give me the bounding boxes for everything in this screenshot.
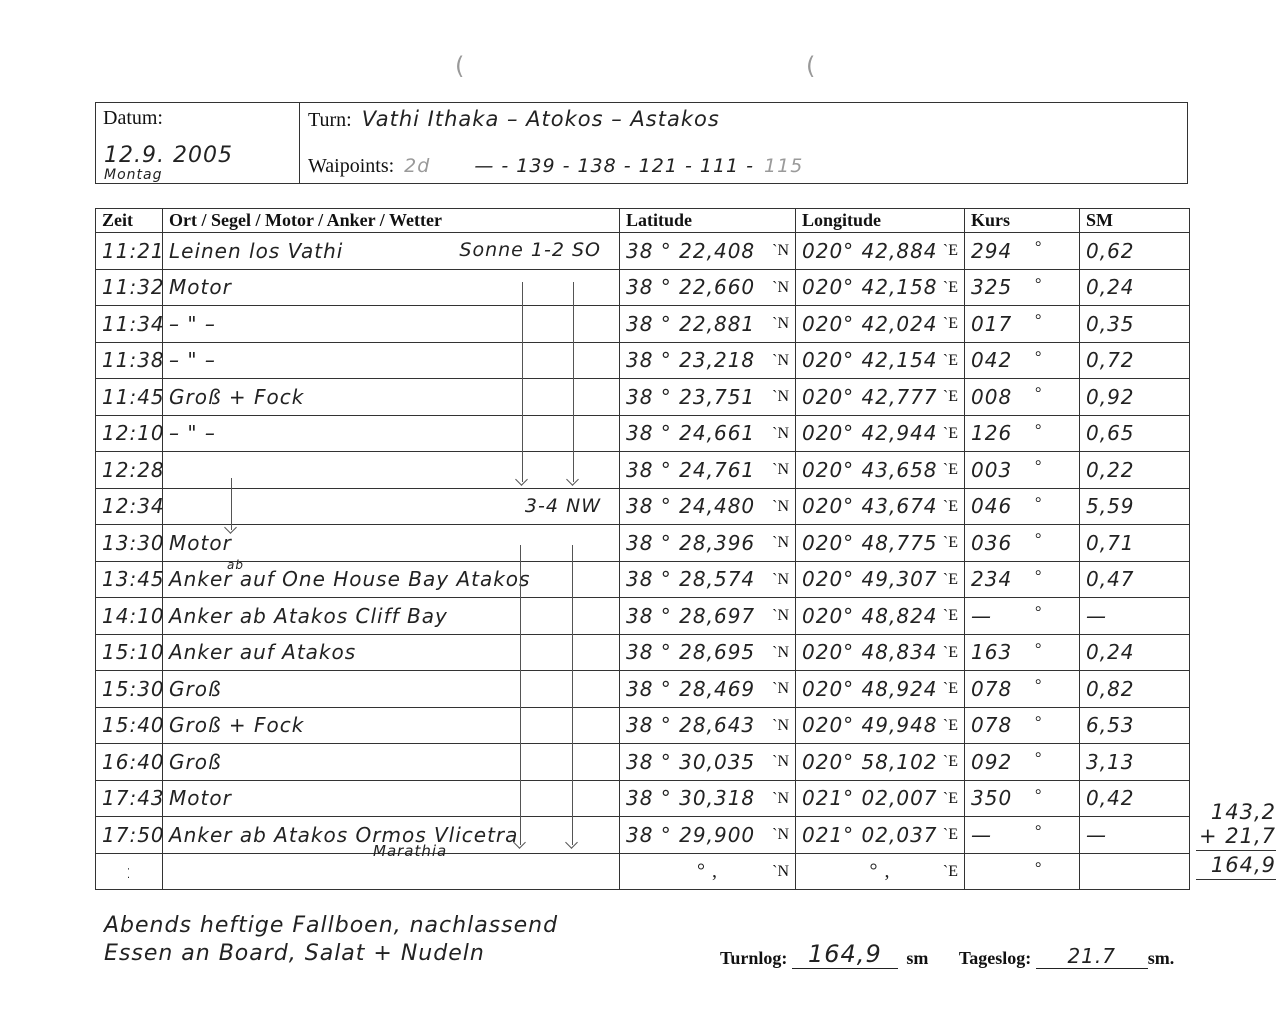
- cell-kurs[interactable]: °: [965, 853, 1080, 890]
- ort-text: Groß + Fock: [169, 385, 304, 409]
- cell-latitude[interactable]: 38 ° 23,218`N: [620, 342, 796, 379]
- cell-kurs[interactable]: 046°: [965, 488, 1080, 525]
- cell-kurs[interactable]: 003°: [965, 452, 1080, 489]
- cell-sm[interactable]: 0,22: [1080, 452, 1190, 489]
- lon-value: 020° 42,944: [802, 421, 938, 445]
- cell-sm[interactable]: 0,35: [1080, 306, 1190, 343]
- degree-symbol: °: [1035, 531, 1042, 549]
- turn-value[interactable]: Vathi Ithaka – Atokos – Astakos: [362, 107, 720, 131]
- cell-latitude[interactable]: 38 ° 28,469`N: [620, 671, 796, 708]
- lon-value: 020° 42,884: [802, 239, 938, 263]
- cell-longitude[interactable]: 020° 48,924`E: [796, 671, 965, 708]
- lon-value: 020° 48,924: [802, 677, 938, 701]
- table-row: 15:40Groß + Fock38 ° 28,643`N020° 49,948…: [96, 707, 1190, 744]
- lat-value: 38 ° 28,574: [626, 567, 755, 591]
- col-zeit: Zeit: [96, 209, 163, 233]
- lon-hemisphere: `E: [943, 425, 958, 443]
- cell-ort[interactable]: Groß: [163, 671, 620, 708]
- cell-zeit[interactable]: 14:10: [96, 598, 163, 635]
- kurs-value: 350: [971, 786, 1012, 810]
- cell-ort[interactable]: Motor: [163, 269, 620, 306]
- cell-latitude[interactable]: 38 ° 22,408`N: [620, 233, 796, 270]
- lat-hemisphere: `N: [772, 425, 789, 443]
- cell-kurs[interactable]: 042°: [965, 342, 1080, 379]
- kurs-value: 078: [971, 713, 1012, 737]
- cell-ort[interactable]: Anker ab Atakos Cliff Bay: [163, 598, 620, 635]
- sum-underline: [1196, 879, 1276, 880]
- cell-kurs[interactable]: 008°: [965, 379, 1080, 416]
- waypoints-faint-start: 2d: [404, 155, 430, 177]
- cell-longitude[interactable]: 021° 02,037`E: [796, 817, 965, 854]
- turn-label: Turn:: [308, 109, 352, 131]
- col-kurs: Kurs: [965, 209, 1080, 233]
- degree-symbol: °: [1035, 823, 1042, 841]
- kurs-value: 092: [971, 750, 1012, 774]
- lat-hemisphere: `N: [772, 680, 789, 698]
- cell-zeit[interactable]: 13:45: [96, 561, 163, 598]
- turnlog-unit: sm: [906, 948, 928, 968]
- col-longitude: Longitude: [796, 209, 965, 233]
- lat-value: 38 ° 28,695: [626, 640, 755, 664]
- cell-latitude[interactable]: 38 ° 28,695`N: [620, 634, 796, 671]
- cell-zeit[interactable]: 12:10: [96, 415, 163, 452]
- lon-value: 020° 49,307: [802, 567, 938, 591]
- col-latitude: Latitude: [620, 209, 796, 233]
- datum-cell: Datum: 12.9. 2005 Montag: [96, 103, 300, 183]
- cell-longitude[interactable]: 020° 48,834`E: [796, 634, 965, 671]
- kurs-value: 042: [971, 348, 1012, 372]
- wetter-note: Sonne 1-2 SO: [459, 239, 601, 261]
- lat-hemisphere: `N: [772, 826, 789, 844]
- lon-value: 020° 42,777: [802, 385, 938, 409]
- lat-hemisphere: `N: [772, 790, 789, 808]
- ort-correction: ab: [227, 558, 244, 572]
- col-ort: Ort / Segel / Motor / Anker / Wetter: [163, 209, 620, 233]
- cell-zeit[interactable]: 11:45: [96, 379, 163, 416]
- cell-longitude[interactable]: 020° 43,658`E: [796, 452, 965, 489]
- degree-symbol: °: [1035, 787, 1042, 805]
- cell-sm[interactable]: 0,24: [1080, 269, 1190, 306]
- ort-text: Leinen los Vathi: [169, 239, 343, 263]
- cell-ort[interactable]: Groß + Fock: [163, 379, 620, 416]
- kurs-value: 325: [971, 275, 1012, 299]
- kurs-value: 126: [971, 421, 1012, 445]
- lon-hemisphere: `E: [943, 388, 958, 406]
- cell-zeit[interactable]: :: [96, 853, 163, 890]
- cell-zeit[interactable]: 15:40: [96, 707, 163, 744]
- cell-ort[interactable]: – " –: [163, 306, 620, 343]
- cell-longitude[interactable]: 020° 42,158`E: [796, 269, 965, 306]
- remarks[interactable]: Abends heftige Fallboen, nachlassend Ess…: [104, 912, 558, 968]
- degree-symbol: °: [1035, 641, 1042, 659]
- cell-zeit[interactable]: 17:43: [96, 780, 163, 817]
- cell-zeit[interactable]: 11:34: [96, 306, 163, 343]
- degree-symbol: °: [1035, 860, 1042, 878]
- lon-hemisphere: `E: [943, 352, 958, 370]
- date-value[interactable]: 12.9. 2005: [104, 143, 233, 168]
- degree-symbol: °: [1035, 604, 1042, 622]
- cell-ort[interactable]: Anker ab Atakos Ormos VlicetraMarathia: [163, 817, 620, 854]
- cell-kurs[interactable]: 234°: [965, 561, 1080, 598]
- degree-symbol: °: [1035, 385, 1042, 403]
- kurs-value: —: [971, 823, 992, 847]
- lat-hemisphere: `N: [772, 534, 789, 552]
- lat-hemisphere: `N: [772, 644, 789, 662]
- table-row: :° ,`N° ,`E°: [96, 853, 1190, 890]
- lat-value: 38 ° 22,881: [626, 312, 755, 336]
- table-row: 12:343-4 NW38 ° 24,480`N020° 43,674`E046…: [96, 488, 1190, 525]
- cell-latitude[interactable]: 38 ° 24,661`N: [620, 415, 796, 452]
- kurs-value: 163: [971, 640, 1012, 664]
- sum-total: 164,9: [1196, 853, 1276, 877]
- table-row: 15:30Groß38 ° 28,469`N020° 48,924`E078°0…: [96, 671, 1190, 708]
- waypoints-value[interactable]: — - 139 - 138 - 121 - 111 -: [474, 155, 754, 177]
- kurs-value: 294: [971, 239, 1012, 263]
- waypoints-faint-end: 115: [764, 155, 803, 177]
- cell-ort[interactable]: [163, 853, 620, 890]
- lon-hemisphere: `E: [943, 680, 958, 698]
- degree-symbol: °: [1035, 750, 1042, 768]
- degree-symbol: °: [1035, 312, 1042, 330]
- ort-text: Anker ab Atakos Cliff Bay: [169, 604, 448, 628]
- table-row: 11:32Motor38 ° 22,660`N020° 42,158`E325°…: [96, 269, 1190, 306]
- ort-text: Anker ab Atakos Ormos Vlicetra: [169, 823, 518, 847]
- tageslog-unit: sm.: [1148, 948, 1175, 968]
- lon-hemisphere: `E: [943, 534, 958, 552]
- lon-value: 020° 42,154: [802, 348, 938, 372]
- lat-value: 38 ° 24,761: [626, 458, 755, 482]
- cell-kurs[interactable]: 078°: [965, 707, 1080, 744]
- lat-hemisphere: `N: [772, 753, 789, 771]
- cell-kurs[interactable]: —°: [965, 817, 1080, 854]
- cell-ort[interactable]: Groß + Fock: [163, 707, 620, 744]
- tageslog-label: Tageslog:: [959, 948, 1031, 968]
- cell-longitude[interactable]: 020° 48,775`E: [796, 525, 965, 562]
- table-row: 11:34– " –38 ° 22,881`N020° 42,024`E017°…: [96, 306, 1190, 343]
- kurs-value: 017: [971, 312, 1012, 336]
- tageslog-field[interactable]: 21.7: [1036, 944, 1148, 969]
- turnlog-label: Turnlog:: [720, 948, 787, 968]
- ort-text: – " –: [169, 312, 216, 336]
- wind-arrow-icon: [572, 545, 573, 845]
- table-row: 17:43Motor38 ° 30,318`N021° 02,007`E350°…: [96, 780, 1190, 817]
- cell-latitude[interactable]: 38 ° 30,035`N: [620, 744, 796, 781]
- table-row: 13:30Motor38 ° 28,396`N020° 48,775`E036°…: [96, 525, 1190, 562]
- degree-symbol: °: [1035, 677, 1042, 695]
- wind-arrow-icon: [573, 282, 574, 482]
- cell-latitude[interactable]: 38 ° 30,318`N: [620, 780, 796, 817]
- ort-text: Motor: [169, 786, 232, 810]
- lon-hemisphere: `E: [943, 242, 958, 260]
- datum-label: Datum:: [103, 107, 163, 130]
- cell-kurs[interactable]: 350°: [965, 780, 1080, 817]
- lat-value: 38 ° 28,469: [626, 677, 755, 701]
- lat-hemisphere: `N: [772, 461, 789, 479]
- degree-symbol: °: [1035, 349, 1042, 367]
- degree-symbol: °: [1035, 714, 1042, 732]
- lon-hemisphere: `E: [943, 753, 958, 771]
- degree-symbol: °: [1035, 568, 1042, 586]
- cell-zeit[interactable]: 16:40: [96, 744, 163, 781]
- lon-value: 021° 02,037: [802, 823, 938, 847]
- cell-latitude[interactable]: ° ,`N: [620, 853, 796, 890]
- cell-ort[interactable]: Motor: [163, 780, 620, 817]
- table-row: 12:2838 ° 24,761`N020° 43,658`E003°0,22: [96, 452, 1190, 489]
- cell-latitude[interactable]: 38 ° 24,480`N: [620, 488, 796, 525]
- lat-value: ° ,: [697, 860, 718, 882]
- table-header-row: Zeit Ort / Segel / Motor / Anker / Wette…: [96, 209, 1190, 233]
- wind-arrow-icon: [522, 282, 523, 482]
- scan-mark-right: (: [806, 52, 815, 80]
- lon-value: 020° 42,158: [802, 275, 938, 299]
- log-totals: Turnlog: 164,9 sm Tageslog: 21.7sm.: [720, 940, 1174, 969]
- lat-hemisphere: `N: [772, 498, 789, 516]
- cell-latitude[interactable]: 38 ° 28,697`N: [620, 598, 796, 635]
- cell-latitude[interactable]: 38 ° 28,396`N: [620, 525, 796, 562]
- cell-longitude[interactable]: 020° 43,674`E: [796, 488, 965, 525]
- lat-value: 38 ° 28,697: [626, 604, 755, 628]
- sail-arrow-icon: [231, 478, 232, 530]
- cell-sm[interactable]: 0,82: [1080, 671, 1190, 708]
- cell-ort[interactable]: Groß: [163, 744, 620, 781]
- lat-hemisphere: `N: [772, 388, 789, 406]
- cell-longitude[interactable]: 020° 42,154`E: [796, 342, 965, 379]
- lon-hemisphere: `E: [943, 863, 958, 881]
- table-row: 15:10Anker auf Atakos38 ° 28,695`N020° 4…: [96, 634, 1190, 671]
- cell-longitude[interactable]: 021° 02,007`E: [796, 780, 965, 817]
- lon-value: 020° 58,102: [802, 750, 938, 774]
- lat-value: 38 ° 28,643: [626, 713, 755, 737]
- cell-kurs[interactable]: 092°: [965, 744, 1080, 781]
- waypoints-label: Waipoints:: [308, 155, 394, 177]
- degree-symbol: °: [1035, 276, 1042, 294]
- cell-zeit[interactable]: 11:38: [96, 342, 163, 379]
- lat-value: 38 ° 23,218: [626, 348, 755, 372]
- ort-text: Groß: [169, 750, 222, 774]
- cell-kurs[interactable]: 017°: [965, 306, 1080, 343]
- cell-zeit[interactable]: 12:28: [96, 452, 163, 489]
- lon-value: 020° 48,834: [802, 640, 938, 664]
- cell-ort[interactable]: – " –: [163, 342, 620, 379]
- weekday-value[interactable]: Montag: [104, 167, 162, 183]
- table-row: 14:10Anker ab Atakos Cliff Bay38 ° 28,69…: [96, 598, 1190, 635]
- cell-ort[interactable]: Anker auf Atakos: [163, 634, 620, 671]
- lat-value: 38 ° 30,035: [626, 750, 755, 774]
- lat-value: 38 ° 22,660: [626, 275, 755, 299]
- cell-sm[interactable]: 0,72: [1080, 342, 1190, 379]
- cell-ort[interactable]: Anker auf One House Bay Atakosab: [163, 561, 620, 598]
- lon-value: 020° 48,775: [802, 531, 938, 555]
- cell-sm[interactable]: 5,59: [1080, 488, 1190, 525]
- cell-ort[interactable]: Leinen los VathiSonne 1-2 SO: [163, 233, 620, 270]
- remarks-line-2: Essen an Board, Salat + Nudeln: [104, 940, 558, 968]
- lon-value: 021° 02,007: [802, 786, 938, 810]
- sum-a: 143,2: [1196, 800, 1276, 824]
- kurs-value: —: [971, 604, 992, 628]
- cell-kurs[interactable]: 126°: [965, 415, 1080, 452]
- lon-hemisphere: `E: [943, 498, 958, 516]
- degree-symbol: °: [1035, 495, 1042, 513]
- cell-latitude[interactable]: 38 ° 29,900`N: [620, 817, 796, 854]
- cell-kurs[interactable]: 325°: [965, 269, 1080, 306]
- lon-hemisphere: `E: [943, 279, 958, 297]
- degree-symbol: °: [1035, 239, 1042, 257]
- lat-value: 38 ° 22,408: [626, 239, 755, 263]
- cell-latitude[interactable]: 38 ° 28,643`N: [620, 707, 796, 744]
- sum-divider: [1196, 850, 1276, 851]
- cell-zeit[interactable]: 13:30: [96, 525, 163, 562]
- degree-symbol: °: [1035, 422, 1042, 440]
- lat-hemisphere: `N: [772, 717, 789, 735]
- cell-sm[interactable]: [1080, 853, 1190, 890]
- lon-value: 020° 43,658: [802, 458, 938, 482]
- kurs-value: 003: [971, 458, 1012, 482]
- kurs-value: 008: [971, 385, 1012, 409]
- kurs-value: 234: [971, 567, 1012, 591]
- lat-value: 38 ° 30,318: [626, 786, 755, 810]
- lon-value: ° ,: [870, 860, 891, 882]
- lat-hemisphere: `N: [772, 352, 789, 370]
- cell-sm[interactable]: 0,71: [1080, 525, 1190, 562]
- lon-hemisphere: `E: [943, 315, 958, 333]
- ort-text: Groß + Fock: [169, 713, 304, 737]
- table-row: 11:21Leinen los VathiSonne 1-2 SO38 ° 22…: [96, 233, 1190, 270]
- lat-hemisphere: `N: [772, 279, 789, 297]
- cell-longitude[interactable]: 020° 42,024`E: [796, 306, 965, 343]
- lon-value: 020° 48,824: [802, 604, 938, 628]
- lon-value: 020° 42,024: [802, 312, 938, 336]
- cell-longitude[interactable]: 020° 42,884`E: [796, 233, 965, 270]
- lon-hemisphere: `E: [943, 790, 958, 808]
- cell-latitude[interactable]: 38 ° 24,761`N: [620, 452, 796, 489]
- cell-sm[interactable]: —: [1080, 817, 1190, 854]
- kurs-value: 036: [971, 531, 1012, 555]
- lat-value: 38 ° 24,480: [626, 494, 755, 518]
- kurs-value: 046: [971, 494, 1012, 518]
- cell-sm[interactable]: 0,47: [1080, 561, 1190, 598]
- cell-longitude[interactable]: 020° 58,102`E: [796, 744, 965, 781]
- ort-text: Anker auf Atakos: [169, 640, 356, 664]
- lon-hemisphere: `E: [943, 717, 958, 735]
- cell-zeit[interactable]: 12:34: [96, 488, 163, 525]
- lat-value: 38 ° 23,751: [626, 385, 755, 409]
- cell-kurs[interactable]: 163°: [965, 634, 1080, 671]
- cell-kurs[interactable]: 294°: [965, 233, 1080, 270]
- cell-zeit[interactable]: 17:50: [96, 817, 163, 854]
- scan-mark-left: (: [455, 52, 464, 80]
- lat-value: 38 ° 24,661: [626, 421, 755, 445]
- turnlog-field[interactable]: 164,9: [792, 940, 898, 969]
- ort-text: Motor: [169, 531, 232, 555]
- lon-hemisphere: `E: [943, 826, 958, 844]
- ort-text: – " –: [169, 421, 216, 445]
- wetter-note: 3-4 NW: [525, 495, 601, 517]
- cell-longitude[interactable]: 020° 42,777`E: [796, 379, 965, 416]
- header-box: Datum: 12.9. 2005 Montag Turn: Vathi Ith…: [95, 102, 1188, 184]
- cell-sm[interactable]: 0,62: [1080, 233, 1190, 270]
- remarks-line-1: Abends heftige Fallboen, nachlassend: [104, 912, 558, 940]
- lat-hemisphere: `N: [772, 607, 789, 625]
- table-row: 13:45Anker auf One House Bay Atakosab38 …: [96, 561, 1190, 598]
- cell-sm[interactable]: 0,24: [1080, 634, 1190, 671]
- ort-text: Motor: [169, 275, 232, 299]
- lon-hemisphere: `E: [943, 571, 958, 589]
- wind-arrow-icon: [520, 545, 521, 845]
- cell-longitude[interactable]: 020° 48,824`E: [796, 598, 965, 635]
- cell-zeit[interactable]: 11:21: [96, 233, 163, 270]
- turn-cell: Turn: Vathi Ithaka – Atokos – Astakos Wa…: [300, 103, 1187, 183]
- col-sm: SM: [1080, 209, 1190, 233]
- lat-hemisphere: `N: [772, 571, 789, 589]
- cell-longitude[interactable]: ° ,`E: [796, 853, 965, 890]
- cell-zeit[interactable]: 15:30: [96, 671, 163, 708]
- lon-value: 020° 49,948: [802, 713, 938, 737]
- cell-longitude[interactable]: 020° 49,948`E: [796, 707, 965, 744]
- table-row: 11:45Groß + Fock38 ° 23,751`N020° 42,777…: [96, 379, 1190, 416]
- table-row: 12:10– " –38 ° 24,661`N020° 42,944`E126°…: [96, 415, 1190, 452]
- cell-sm[interactable]: 3,13: [1080, 744, 1190, 781]
- lat-hemisphere: `N: [772, 242, 789, 260]
- lat-value: 38 ° 28,396: [626, 531, 755, 555]
- log-table: Zeit Ort / Segel / Motor / Anker / Wette…: [95, 208, 1190, 890]
- cell-latitude[interactable]: 38 ° 28,574`N: [620, 561, 796, 598]
- table-row: 16:40Groß38 ° 30,035`N020° 58,102`E092°3…: [96, 744, 1190, 781]
- degree-symbol: °: [1035, 458, 1042, 476]
- ort-text: Anker auf One House Bay Atakos: [169, 567, 530, 591]
- cell-latitude[interactable]: 38 ° 23,751`N: [620, 379, 796, 416]
- cell-sm[interactable]: —: [1080, 598, 1190, 635]
- lon-hemisphere: `E: [943, 607, 958, 625]
- cell-latitude[interactable]: 38 ° 22,660`N: [620, 269, 796, 306]
- cell-zeit[interactable]: 11:32: [96, 269, 163, 306]
- lat-hemisphere: `N: [772, 863, 789, 881]
- cell-sm[interactable]: 0,42: [1080, 780, 1190, 817]
- cell-longitude[interactable]: 020° 42,944`E: [796, 415, 965, 452]
- kurs-value: 078: [971, 677, 1012, 701]
- side-sum: 143,2 + 21,7 164,9: [1196, 800, 1276, 882]
- cell-sm[interactable]: 0,65: [1080, 415, 1190, 452]
- ort-text: Groß: [169, 677, 222, 701]
- lat-value: 38 ° 29,900: [626, 823, 755, 847]
- lat-hemisphere: `N: [772, 315, 789, 333]
- table-row: 11:38– " –38 ° 23,218`N020° 42,154`E042°…: [96, 342, 1190, 379]
- cell-latitude[interactable]: 38 ° 22,881`N: [620, 306, 796, 343]
- cell-kurs[interactable]: 036°: [965, 525, 1080, 562]
- ort-text: – " –: [169, 348, 216, 372]
- table-row: 17:50Anker ab Atakos Ormos VlicetraMarat…: [96, 817, 1190, 854]
- cell-sm[interactable]: 0,92: [1080, 379, 1190, 416]
- lon-hemisphere: `E: [943, 461, 958, 479]
- cell-kurs[interactable]: —°: [965, 598, 1080, 635]
- sum-b: + 21,7: [1196, 824, 1276, 848]
- cell-kurs[interactable]: 078°: [965, 671, 1080, 708]
- lon-value: 020° 43,674: [802, 494, 938, 518]
- cell-zeit[interactable]: 15:10: [96, 634, 163, 671]
- lon-hemisphere: `E: [943, 644, 958, 662]
- cell-ort[interactable]: – " –: [163, 415, 620, 452]
- cell-sm[interactable]: 6,53: [1080, 707, 1190, 744]
- cell-longitude[interactable]: 020° 49,307`E: [796, 561, 965, 598]
